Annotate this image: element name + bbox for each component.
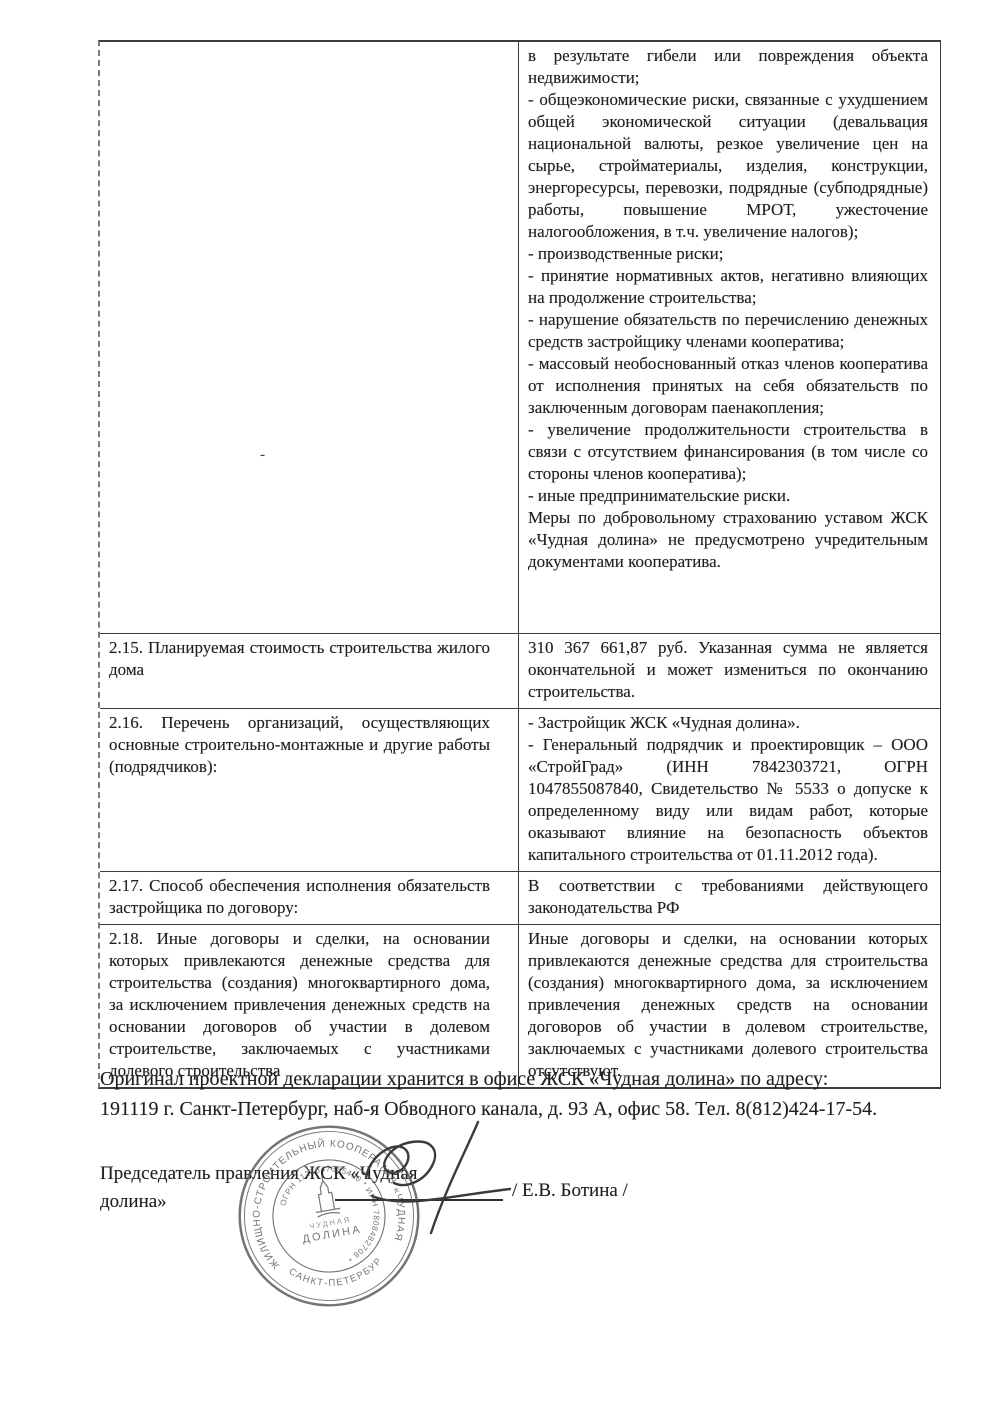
value-cell-2-17: В соответствии с требованиями действующе… (519, 872, 940, 924)
term-cell-2-18: 2.18. Иные договоры и сделки, на основан… (100, 925, 519, 1087)
table-row-2-17: 2.17. Способ обеспечения исполнения обяз… (100, 871, 940, 924)
term-cell-2-17: 2.17. Способ обеспечения исполнения обяз… (100, 872, 519, 924)
table-row-risks-continued: - в результате гибели или повреждения об… (100, 42, 940, 633)
table-row-2-16: 2.16. Перечень организаций, осуществляющ… (100, 708, 940, 871)
signatory-name: / Е.В. Ботина / (512, 1180, 628, 1202)
table-row-2-18: 2.18. Иные договоры и сделки, на основан… (100, 924, 940, 1087)
value-cell-2-18: Иные договоры и сделки, на основании кот… (519, 925, 940, 1087)
term-cell-2-15: 2.15. Планируемая стоимость строительств… (100, 634, 519, 708)
stamp-tower-emblem (310, 1174, 341, 1218)
term-cell-2-16: 2.16. Перечень организаций, осуществляющ… (100, 709, 519, 871)
term-cell-risks: - (100, 42, 519, 633)
value-cell-risks: в результате гибели или повреждения объе… (519, 42, 940, 633)
original-location-note: Оригинал проектной декларации хранится в… (100, 1064, 930, 1124)
signature-autograph (348, 1116, 518, 1246)
scanned-declaration-page: - в результате гибели или повреждения об… (0, 0, 1000, 1411)
table-row-2-15: 2.15. Планируемая стоимость строительств… (100, 633, 940, 708)
stray-dash-mark: - (260, 444, 265, 466)
value-cell-2-15: 310 367 661,87 руб. Указанная сумма не я… (519, 634, 940, 708)
declaration-table: - в результате гибели или повреждения об… (98, 40, 941, 1089)
value-cell-2-16: - Застройщик ЖСК «Чудная долина». - Гене… (519, 709, 940, 871)
